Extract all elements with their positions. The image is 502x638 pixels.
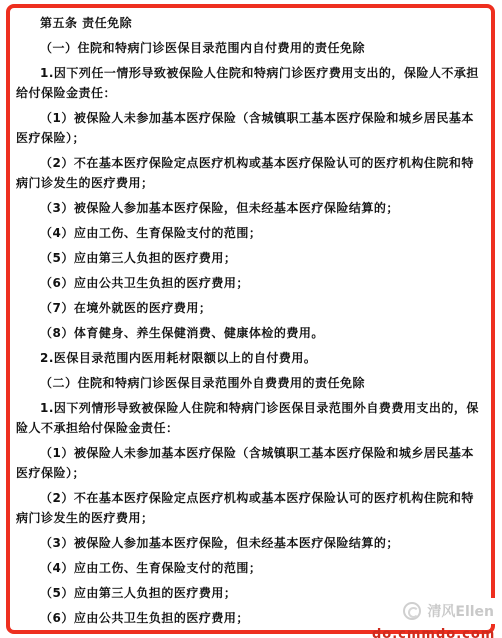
list-item: （4）应由工伤、生育保险支付的范围； bbox=[16, 223, 484, 243]
list-item: （7）在境外就医的医疗费用； bbox=[16, 298, 484, 318]
clause-paragraph: 1.因下列任一情形导致被保险人住院和特病门诊医疗费用支出的，保险人不承担给付保险… bbox=[16, 63, 484, 103]
list-item: （2）不在基本医疗保险定点医疗机构或基本医疗保险认可的医疗机构住院和特病门诊发生… bbox=[16, 153, 484, 193]
list-item: （3）被保险人参加基本医疗保险，但未经基本医疗保险结算的； bbox=[16, 533, 484, 553]
list-item: （2）不在基本医疗保险定点医疗机构或基本医疗保险认可的医疗机构住院和特病门诊发生… bbox=[16, 488, 484, 528]
watermark-name: 清风Ellen bbox=[427, 601, 494, 621]
list-item: （1）被保险人未参加基本医疗保险（含城镇职工基本医疗保险和城乡居民基本医疗保险）… bbox=[16, 443, 484, 483]
list-item: （8）体育健身、养生保健消费、健康体检的费用。 bbox=[16, 323, 484, 343]
clause-paragraph: 1.因下列情形导致被保险人住院和特病门诊医保目录范围外自费费用支出的，保险人不承… bbox=[16, 398, 484, 438]
list-item: （6）应由公共卫生负担的医疗费用； bbox=[16, 273, 484, 293]
red-border-frame: 第五条 责任免除 （一）住院和特病门诊医保目录范围内自付费用的责任免除 1.因下… bbox=[6, 4, 495, 634]
policy-clause-text: 第五条 责任免除 （一）住院和特病门诊医保目录范围内自付费用的责任免除 1.因下… bbox=[10, 8, 491, 628]
section-heading-1: （一）住院和特病门诊医保目录范围内自付费用的责任免除 bbox=[16, 38, 484, 58]
list-item: （3）被保险人参加基本医疗保险，但未经基本医疗保险结算的； bbox=[16, 198, 484, 218]
article-heading: 第五条 责任免除 bbox=[16, 13, 484, 33]
clause-paragraph: 2.医保目录范围内医用耗材限额以上的自付费用。 bbox=[16, 348, 484, 368]
list-item: （1）被保险人未参加基本医疗保险（含城镇职工基本医疗保险和城乡居民基本医疗保险）… bbox=[16, 108, 484, 148]
watermark: 清风Ellen bbox=[397, 598, 502, 624]
section-heading-2: （二）住院和特病门诊医保目录范围外自费费用的责任免除 bbox=[16, 373, 484, 393]
list-item: （4）应由工伤、生育保险支付的范围； bbox=[16, 558, 484, 578]
watermark-url: do.cmmdo.com bbox=[372, 627, 495, 638]
list-item: （5）应由第三人负担的医疗费用； bbox=[16, 248, 484, 268]
document-page: 第五条 责任免除 （一）住院和特病门诊医保目录范围内自付费用的责任免除 1.因下… bbox=[0, 0, 502, 638]
circle-swirl-icon bbox=[403, 602, 421, 620]
